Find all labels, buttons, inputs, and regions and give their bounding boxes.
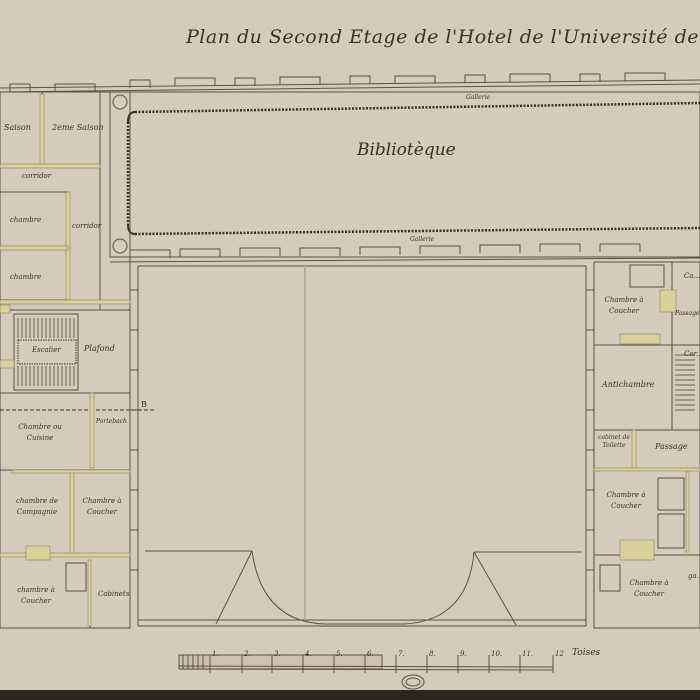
- scale-tick-7: 7.: [398, 650, 405, 658]
- scale-tick-6: 6.: [367, 650, 374, 658]
- scale-tick-3: 3.: [274, 650, 281, 658]
- floor-plan-sheet: Plan du Second Etage de l'Hotel de l'Uni…: [0, 0, 700, 690]
- scale-tick-8: 8.: [429, 650, 436, 658]
- room-corridor-side: corridor: [72, 222, 101, 230]
- room-cabinet-toilette: cabinet de Toilette: [596, 434, 632, 450]
- scale-tick-10: 10.: [491, 650, 502, 658]
- room-cut-ga: ga...: [688, 572, 700, 580]
- room-chambre-compagnie: chambre de Compagnie: [6, 496, 68, 518]
- scale-tick-4: 4.: [305, 650, 312, 658]
- plan-title: Plan du Second Etage de l'Hotel de l'Uni…: [186, 26, 700, 48]
- room-chambre-coucher-r2: Chambre à Coucher: [602, 490, 650, 512]
- room-portebach: Portebach: [96, 418, 127, 425]
- room-cabinets: Cabinets: [98, 590, 129, 598]
- room-chambre-cuisine: Chambre ou Cuisine: [10, 422, 70, 444]
- room-corridor-upper: corridor: [22, 172, 51, 180]
- scale-tick-9: 9.: [460, 650, 467, 658]
- gallery-bottom-label: Gallerie: [410, 236, 434, 243]
- room-passage-r1: Passage: [675, 310, 699, 317]
- section-marker-b: B: [141, 400, 147, 409]
- room-passage-r2: Passage: [655, 442, 688, 451]
- scale-tick-1: 1.: [212, 650, 219, 658]
- library-label: Bibliotèque: [357, 140, 456, 160]
- room-chambre-1: chambre: [10, 216, 41, 224]
- gallery-top-label: Gallerie: [466, 94, 490, 101]
- scan-edge: [0, 690, 700, 700]
- room-chambre-coucher-1: Chambre à Coucher: [80, 496, 124, 518]
- room-chambre-coucher-r1: Chambre à Coucher: [602, 295, 646, 317]
- room-antichambre: Antichambre: [602, 380, 654, 389]
- scale-tick-11: 11.: [522, 650, 533, 658]
- room-plafond: Plafond: [84, 344, 115, 353]
- room-chambre-coucher-r3: Chambre à Coucher: [624, 578, 674, 600]
- room-cut-top: Ca...: [684, 272, 700, 280]
- scale-unit: Toises: [572, 648, 600, 658]
- scale-tick-5: 5.: [336, 650, 343, 658]
- room-saison-2: 2eme Saison: [52, 123, 104, 132]
- room-saison-1: Saison: [4, 123, 31, 132]
- room-cut-cor: Cor...: [684, 350, 700, 358]
- scale-tick-12: 12: [555, 650, 564, 658]
- room-chambre-coucher-2: chambre à Coucher: [6, 585, 66, 607]
- room-chambre-2: chambre: [10, 273, 41, 281]
- room-escalier: Escalier: [32, 346, 61, 354]
- scale-tick-2: 2.: [244, 650, 251, 658]
